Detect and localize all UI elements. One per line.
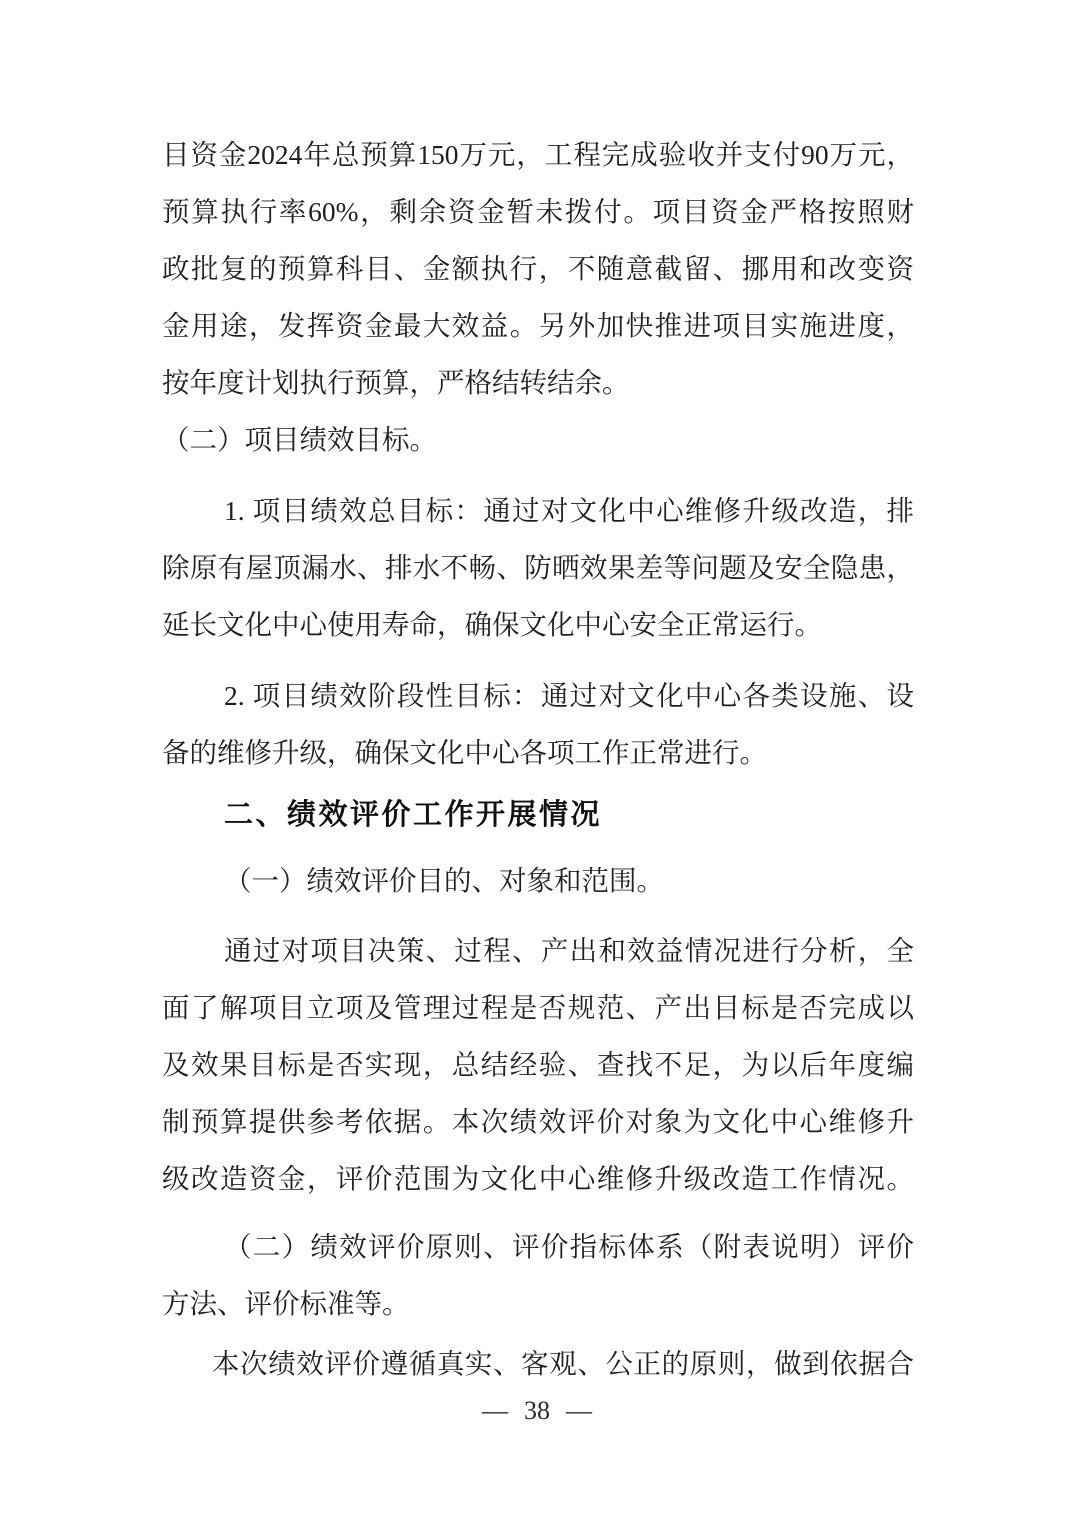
text-line: 及效果目标是否实现，总结经验、查找不足，为以后年度编 xyxy=(162,1036,914,1093)
text-line: 面了解项目立项及管理过程是否规范、产出目标是否完成以 xyxy=(162,979,914,1036)
document-page: 目资金2024年总预算150万元，工程完成验收并支付90万元，预算执行率60%，… xyxy=(0,0,1074,1520)
text-line: （二）项目绩效目标。 xyxy=(162,411,914,468)
text-line: 金用途，发挥资金最大效益。另外加快推进项目实施进度， xyxy=(162,297,914,354)
page-footer: —38— xyxy=(0,1396,1074,1426)
para-project-funds: 目资金2024年总预算150万元，工程完成验收并支付90万元，预算执行率60%，… xyxy=(162,126,914,411)
para-evaluation-purpose: 通过对项目决策、过程、产出和效益情况进行分析，全面了解项目立项及管理过程是否规范… xyxy=(162,922,914,1207)
text-line: （一）绩效评价目的、对象和范围。 xyxy=(162,852,914,909)
text-line: 延长文化中心使用寿命，确保文化中心安全正常运行。 xyxy=(162,596,914,653)
footer-dash-left: — xyxy=(482,1396,508,1426)
text-line: 制预算提供参考依据。本次绩效评价对象为文化中心维修升 xyxy=(162,1093,914,1150)
text-line: 1. 项目绩效总目标：通过对文化中心维修升级改造，排 xyxy=(162,482,914,539)
document-body: 目资金2024年总预算150万元，工程完成验收并支付90万元，预算执行率60%，… xyxy=(162,126,914,1392)
text-line: 除原有屋顶漏水、排水不畅、防晒效果差等问题及安全隐患， xyxy=(162,539,914,596)
text-line: 通过对项目决策、过程、产出和效益情况进行分析，全 xyxy=(162,922,914,979)
para-stage-goal: 2. 项目绩效阶段性目标：通过对文化中心各类设施、设备的维修升级，确保文化中心各… xyxy=(162,667,914,781)
text-line: （二）绩效评价原则、评价指标体系（附表说明）评价 xyxy=(162,1218,914,1275)
para-subheading-principles: （二）绩效评价原则、评价指标体系（附表说明）评价方法、评价标准等。 xyxy=(162,1218,914,1332)
text-line: 目资金2024年总预算150万元，工程完成验收并支付90万元， xyxy=(162,126,914,183)
heading-section-two: 二、绩效评价工作开展情况 xyxy=(162,787,914,844)
text-line: 按年度计划执行预算，严格结转结余。 xyxy=(162,354,914,411)
page-number: 38 xyxy=(524,1396,550,1425)
text-line: 2. 项目绩效阶段性目标：通过对文化中心各类设施、设 xyxy=(162,667,914,724)
text-line: 本次绩效评价遵循真实、客观、公正的原则，做到依据合 xyxy=(162,1335,914,1392)
para-overall-goal: 1. 项目绩效总目标：通过对文化中心维修升级改造，排除原有屋顶漏水、排水不畅、防… xyxy=(162,482,914,653)
para-subheading-project-goals: （二）项目绩效目标。 xyxy=(162,411,914,468)
text-line: 级改造资金，评价范围为文化中心维修升级改造工作情况。 xyxy=(162,1150,914,1207)
para-evaluation-principles: 本次绩效评价遵循真实、客观、公正的原则，做到依据合 xyxy=(162,1335,914,1392)
text-line: 方法、评价标准等。 xyxy=(162,1275,914,1332)
para-subheading-purpose-scope: （一）绩效评价目的、对象和范围。 xyxy=(162,852,914,909)
text-line: 预算执行率60%，剩余资金暂未拨付。项目资金严格按照财 xyxy=(162,183,914,240)
text-line: 备的维修升级，确保文化中心各项工作正常进行。 xyxy=(162,724,914,781)
text-line: 二、绩效评价工作开展情况 xyxy=(162,787,914,844)
footer-dash-right: — xyxy=(566,1396,592,1426)
text-line: 政批复的预算科目、金额执行，不随意截留、挪用和改变资 xyxy=(162,240,914,297)
